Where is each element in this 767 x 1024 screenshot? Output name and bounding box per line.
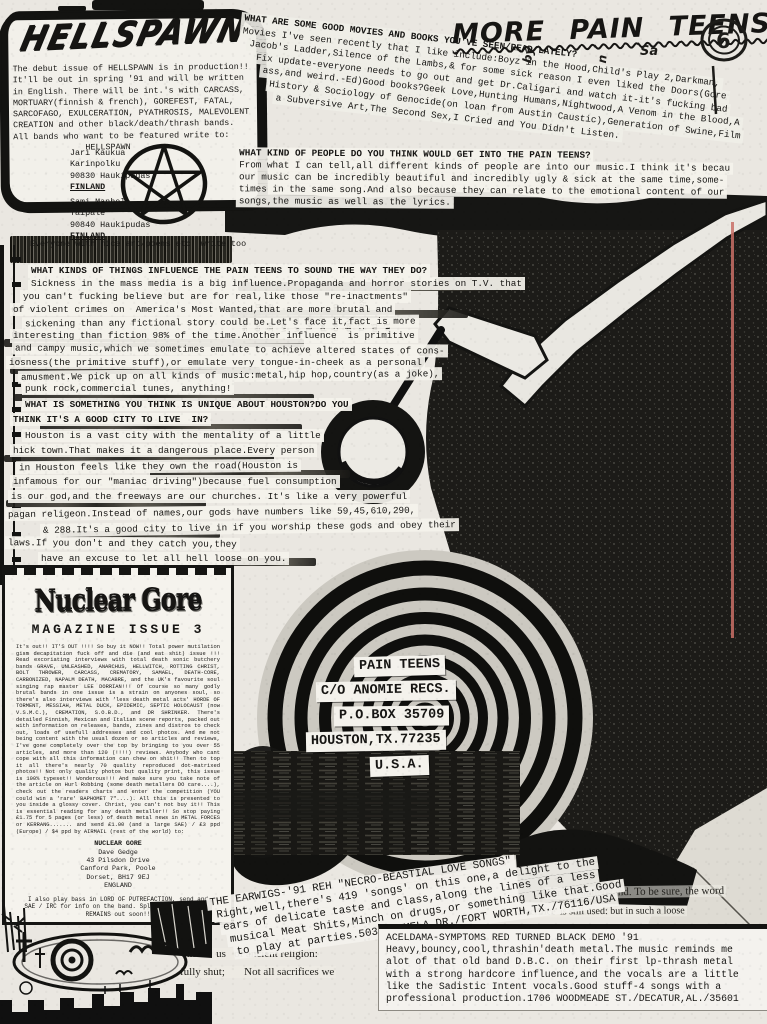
answer-line: punk rock,commercial tunes, anything!	[22, 382, 234, 395]
answer-line: Sickness in the mass media is a big infl…	[28, 277, 525, 290]
question-line: WHAT IS SOMETHING YOU THINK IS UNIQUE AB…	[22, 398, 352, 411]
review-line: ACELDAMA-SYMPTOMS RED TURNED BLACK DEMO …	[386, 932, 767, 944]
pentagram-icon	[116, 138, 214, 232]
address-line: Dave Gedge	[5, 849, 231, 857]
answer-line: infamous for our "maniac driving")becaus…	[10, 475, 340, 488]
review-line: like the Sadistic Intent vocals.Good stu…	[386, 981, 767, 993]
hand-scribble: Sa	[640, 44, 658, 59]
answer-line: is our god,and the freeways are our chur…	[8, 490, 410, 503]
review-line: with a strong hardcore influence,and the…	[386, 969, 767, 981]
question-influence: WHAT KINDS OF THINGS INFLUENCE THE PAIN …	[28, 264, 430, 277]
answer-line: & 288.It's a good city to live in if you…	[40, 518, 459, 537]
address-line: Canford Park, Poole	[5, 865, 231, 873]
answer-line: laws.If you don't and they catch you,the…	[5, 536, 240, 551]
answer-line: iosness(the primitive stuff),or emulate …	[6, 356, 425, 369]
address-line: NUCLEAR GORE	[5, 840, 231, 848]
answer-line: interesting than fiction 98% of the time…	[10, 329, 418, 342]
night-scene-drawing	[0, 900, 212, 1024]
qa-influence-block: WHAT KINDS OF THINGS INFLUENCE THE PAIN …	[10, 264, 525, 395]
svg-text:6: 6	[716, 29, 731, 53]
nuclear-gore-address: NUCLEAR GOREDave Gedge43 Pilsdon DriveCa…	[5, 840, 231, 890]
review-line: professional production.1706 WOODMEADE S…	[386, 993, 767, 1005]
qa-people-block: WHAT KIND OF PEOPLE DO YOU THINK WOULD G…	[236, 147, 733, 210]
review-line: Heavy,bouncy,cool,thrashin'death metal.T…	[386, 944, 767, 956]
address-line: C/O ANOMIE RECS.	[316, 680, 456, 702]
hand-scribble: n	[595, 54, 610, 64]
address-line: P.O.BOX 35709	[334, 705, 449, 726]
address-line: Dorset, BH17 9EJ	[5, 874, 231, 882]
circled-six-icon: 6	[698, 14, 752, 118]
nuclear-gore-body: It's out!! IT'S OUT !!!! So buy it NOW!!…	[16, 644, 220, 835]
address-line: U.S.A.	[370, 755, 429, 777]
hellspawn-logo: HELLSPAWN	[16, 9, 250, 59]
address-line: 43 Pilsdon Drive	[5, 857, 231, 865]
address-line: ENGLAND	[5, 882, 231, 890]
address-line: PAIN TEENS	[354, 655, 446, 677]
answer-line: hick town.That makes it a dangerous plac…	[10, 444, 317, 457]
hellspawn-note: Everyone with nice art/poems etc. write …	[30, 239, 246, 249]
answer-line: sickening than any fictional story could…	[22, 315, 419, 331]
address-line: HOUSTON,TX.77235	[306, 730, 446, 752]
answer-line: and campy music,which we sometimes emula…	[12, 341, 448, 357]
hand-scribble: by	[520, 46, 537, 65]
nuclear-gore-logo: Nuclear Gore	[5, 580, 231, 617]
review-line: alot of that old band D.B.C. on their fi…	[386, 956, 767, 968]
zine-page: HELLSPAWN The debut issue of HELLSPAWN i…	[0, 0, 767, 1024]
review-aceldama: ACELDAMA-SYMPTOMS RED TURNED BLACK DEMO …	[378, 924, 767, 1011]
qa-houston-block: WHAT IS SOMETHING YOU THINK IS UNIQUE AB…	[10, 398, 459, 567]
answer-line: Houston is a vast city with the mentalit…	[22, 429, 324, 442]
ink-mark	[92, 0, 204, 10]
ink-mark	[58, 6, 86, 11]
answer-line: in Houston feels like they own the road(…	[16, 458, 301, 473]
answer-line: pagan religeon.Instead of names,our gods…	[5, 504, 418, 521]
answer-line: have an excuse to let all hell loose on …	[38, 552, 289, 565]
red-scan-line	[731, 222, 734, 638]
answer-line: songs,the music as well as the lyrics.	[236, 195, 454, 208]
question-line: THINK IT'S A GOOD CITY TO LIVE IN?	[10, 413, 211, 426]
nuclear-gore-ad: Nuclear Gore MAGAZINE ISSUE 3 It's out!!…	[2, 565, 234, 925]
nuclear-gore-subtitle: MAGAZINE ISSUE 3	[5, 622, 231, 637]
answer-line: amusment.We pick up on all kinds of musi…	[18, 367, 443, 384]
answer-line: you can't fucking believe but are for re…	[20, 290, 411, 303]
pain-teens-address: PAIN TEENSC/O ANOMIE RECS.P.O.BOX 35709H…	[330, 656, 456, 781]
